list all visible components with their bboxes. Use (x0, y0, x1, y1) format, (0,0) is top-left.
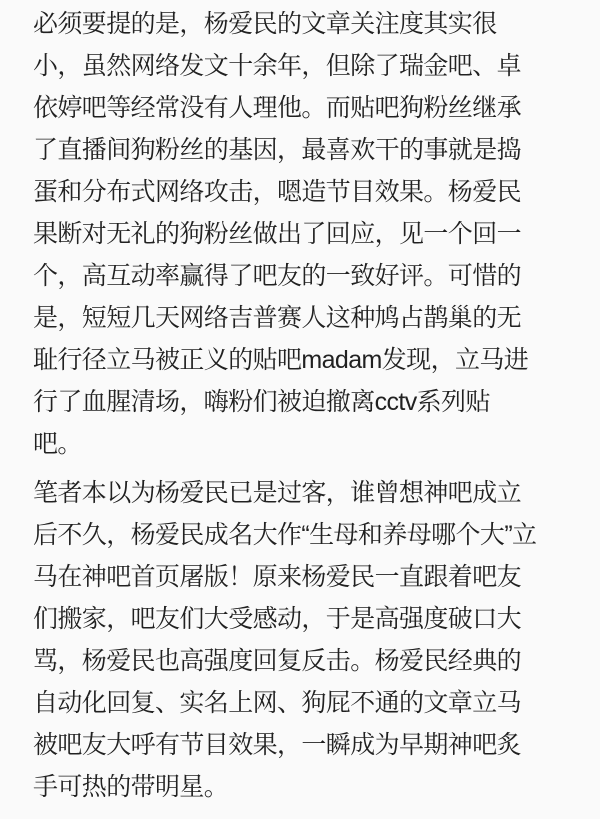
text-line: 是，短短几天网络吉普赛人这种鸠占鹊巢的无 (33, 297, 570, 339)
text-line: 被吧友大呼有节目效果，一瞬成为早期神吧炙 (33, 724, 570, 766)
paragraph: 必须要提的是，杨爱民的文章关注度其实很小，虽然网络发文十余年，但除了瑞金吧、卓依… (33, 3, 570, 465)
text-line: 必须要提的是，杨爱民的文章关注度其实很 (33, 3, 570, 45)
text-line: 行了血腥清场，嗨粉们被迫撤离cctv系列贴 (33, 381, 570, 423)
paragraph: 笔者本以为杨爱民已是过客，谁曾想神吧成立后不久，杨爱民成名大作“生母和养母哪个大… (33, 472, 570, 808)
text-line: 笔者本以为杨爱民已是过客，谁曾想神吧成立 (33, 472, 570, 514)
text-line: 个，高互动率赢得了吧友的一致好评。可惜的 (33, 255, 570, 297)
text-line: 果断对无礼的狗粉丝做出了回应，见一个回一 (33, 213, 570, 255)
text-line: 小，虽然网络发文十余年，但除了瑞金吧、卓 (33, 45, 570, 87)
text-line: 手可热的带明星。 (33, 766, 570, 808)
article-body: 必须要提的是，杨爱民的文章关注度其实很小，虽然网络发文十余年，但除了瑞金吧、卓依… (0, 0, 600, 808)
text-line: 依婷吧等经常没有人理他。而贴吧狗粉丝继承 (33, 87, 570, 129)
text-line: 了直播间狗粉丝的基因，最喜欢干的事就是捣 (33, 129, 570, 171)
text-line: 马在神吧首页屠版！原来杨爱民一直跟着吧友 (33, 556, 570, 598)
text-line: 后不久，杨爱民成名大作“生母和养母哪个大”立 (33, 514, 570, 556)
text-line: 吧。 (33, 423, 570, 465)
text-line: 耻行径立马被正义的贴吧madam发现，立马进 (33, 339, 570, 381)
text-line: 们搬家，吧友们大受感动，于是高强度破口大 (33, 598, 570, 640)
text-line: 蛋和分布式网络攻击，嗯造节目效果。杨爱民 (33, 171, 570, 213)
text-line: 自动化回复、实名上网、狗屁不通的文章立马 (33, 682, 570, 724)
text-line: 骂，杨爱民也高强度回复反击。杨爱民经典的 (33, 640, 570, 682)
